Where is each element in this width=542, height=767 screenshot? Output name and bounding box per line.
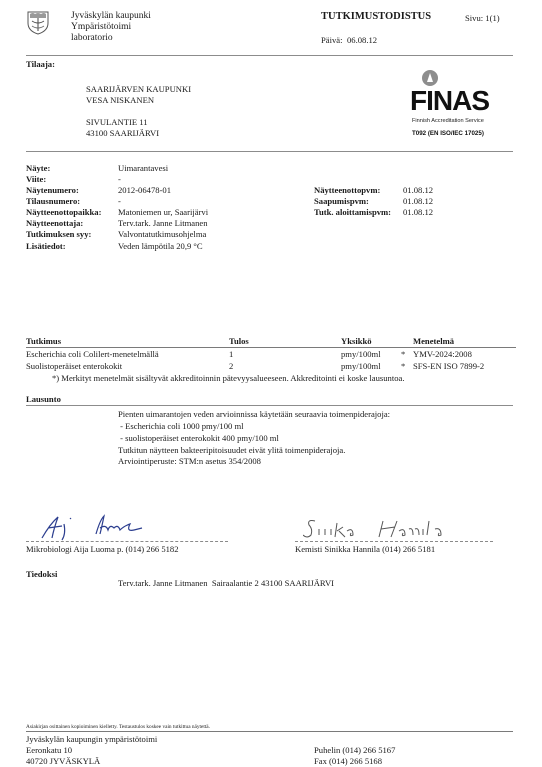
- statement-line: Pienten uimarantojen veden arvioinnissa …: [118, 409, 390, 419]
- test-name: Suolistoperäiset enterokokit: [26, 361, 122, 371]
- customer-postal: 43100 SAARIJÄRVI: [86, 128, 159, 138]
- test-method: SFS-EN ISO 7899-2: [413, 361, 484, 371]
- org-name: Jyväskylän kaupunki: [71, 11, 151, 22]
- reference-label: Viite:: [26, 174, 46, 184]
- test-unit: pmy/100ml: [341, 349, 381, 359]
- reference-value: -: [118, 174, 121, 184]
- test-result: 2: [229, 361, 233, 371]
- signature-line-right: [295, 541, 493, 542]
- sampling-location-value: Matoniemen ur, Saarijärvi: [118, 207, 208, 217]
- signature-line-left: [26, 541, 228, 542]
- coat-of-arms-icon: [27, 9, 49, 35]
- column-header-result: Tulos: [229, 336, 249, 346]
- org-department: Ympäristötoimi: [71, 22, 131, 33]
- copy-to-heading: Tiedoksi: [26, 569, 57, 579]
- reason-value: Valvontatutkimusohjelma: [118, 229, 206, 239]
- start-date-label: Tutk. aloittamispvm:: [314, 207, 391, 217]
- accredited-mark: *: [401, 349, 405, 359]
- test-name: Escherichia coli Colilert-menetelmällä: [26, 349, 159, 359]
- sampler-value: Terv.tark. Janne Litmanen: [118, 218, 208, 228]
- customer-contact: VESA NISKANEN: [86, 95, 154, 105]
- footer-fax: Fax (014) 266 5168: [314, 756, 382, 766]
- signer-caption-left: Mikrobiologi Aija Luoma p. (014) 266 518…: [26, 544, 179, 554]
- sample-number-label: Näytenumero:: [26, 185, 79, 195]
- sampling-date-value: 01.08.12: [403, 185, 433, 195]
- test-result: 1: [229, 349, 233, 359]
- sampling-location-label: Näytteenottopaikka:: [26, 207, 101, 217]
- signer-caption-right: Kemisti Sinikka Hannila (014) 266 5181: [295, 544, 435, 554]
- date-value: 06.08.12: [347, 35, 377, 45]
- finas-wordmark: FINAS: [410, 86, 489, 116]
- date-label: Päivä:: [321, 35, 342, 45]
- finas-subtitle: Finnish Accreditation Service: [412, 118, 484, 124]
- footer-org: Jyväskylän kaupungin ympäristötoimi: [26, 734, 157, 744]
- statement-line: - Escherichia coli 1000 pmy/100 ml: [118, 421, 244, 431]
- additional-info-label: Lisätiedot:: [26, 241, 66, 251]
- reason-label: Tutkimuksen syy:: [26, 229, 91, 239]
- footer-phone: Puhelin (014) 266 5167: [314, 745, 395, 755]
- sampling-date-label: Näytteenottopvm:: [314, 185, 380, 195]
- column-header-test: Tutkimus: [26, 336, 61, 346]
- statement-heading: Lausunto: [26, 394, 61, 404]
- statement-line: Arviointiperuste: STM:n asetus 354/2008: [118, 456, 261, 466]
- statement-line: - suolistoperäiset enterokokit 400 pmy/1…: [118, 433, 279, 443]
- additional-info-value: Veden lämpötila 20,9 °C: [118, 241, 203, 251]
- org-unit: laboratorio: [71, 33, 113, 44]
- copy-to-recipient: Terv.tark. Janne Litmanen Sairaalantie 2…: [118, 578, 334, 588]
- footer-street: Eeronkatu 10: [26, 745, 72, 755]
- customer-heading: Tilaaja:: [26, 59, 55, 69]
- customer-name: SAARIJÄRVEN KAUPUNKI: [86, 84, 191, 94]
- order-number-value: -: [118, 196, 121, 206]
- test-unit: pmy/100ml: [341, 361, 381, 371]
- sample-label: Näyte:: [26, 163, 50, 173]
- sample-number-value: 2012-06478-01: [118, 185, 171, 195]
- footer-postal: 40720 JYVÄSKYLÄ: [26, 756, 100, 766]
- signature-luoma: [38, 512, 148, 542]
- table-header-divider: [26, 347, 516, 348]
- test-method: YMV-2024:2008: [413, 349, 472, 359]
- footer-divider: [26, 731, 513, 732]
- start-date-value: 01.08.12: [403, 207, 433, 217]
- statement-divider: [26, 405, 513, 406]
- document-title: TUTKIMUSTODISTUS: [321, 11, 431, 22]
- statement-line: Tutkitun näytteen bakteeripitoisuudet ei…: [118, 445, 345, 455]
- sampler-label: Näytteenottaja:: [26, 218, 83, 228]
- page-number: Sivu: 1(1): [465, 13, 500, 23]
- accredited-mark: *: [401, 361, 405, 371]
- accreditation-footnote: *) Merkityt menetelmät sisältyvät akkred…: [52, 373, 405, 383]
- order-number-label: Tilausnumero:: [26, 196, 80, 206]
- header-divider: [26, 55, 513, 56]
- column-header-method: Menetelmä: [413, 336, 454, 346]
- arrival-date-label: Saapumispvm:: [314, 196, 369, 206]
- arrival-date-value: 01.08.12: [403, 196, 433, 206]
- customer-divider: [26, 151, 513, 152]
- sample-value: Uimarantavesi: [118, 163, 168, 173]
- column-header-unit: Yksikkö: [341, 336, 372, 346]
- copy-disclaimer: Asiakirjan osittainen kopioiminen kielle…: [26, 724, 210, 730]
- signature-hannila: [303, 515, 453, 541]
- finas-logo: FINAS Finnish Accreditation Service T092…: [398, 68, 498, 142]
- customer-street: SIVULANTIE 11: [86, 117, 148, 127]
- accreditation-code: T092 (EN ISO/IEC 17025): [412, 130, 484, 137]
